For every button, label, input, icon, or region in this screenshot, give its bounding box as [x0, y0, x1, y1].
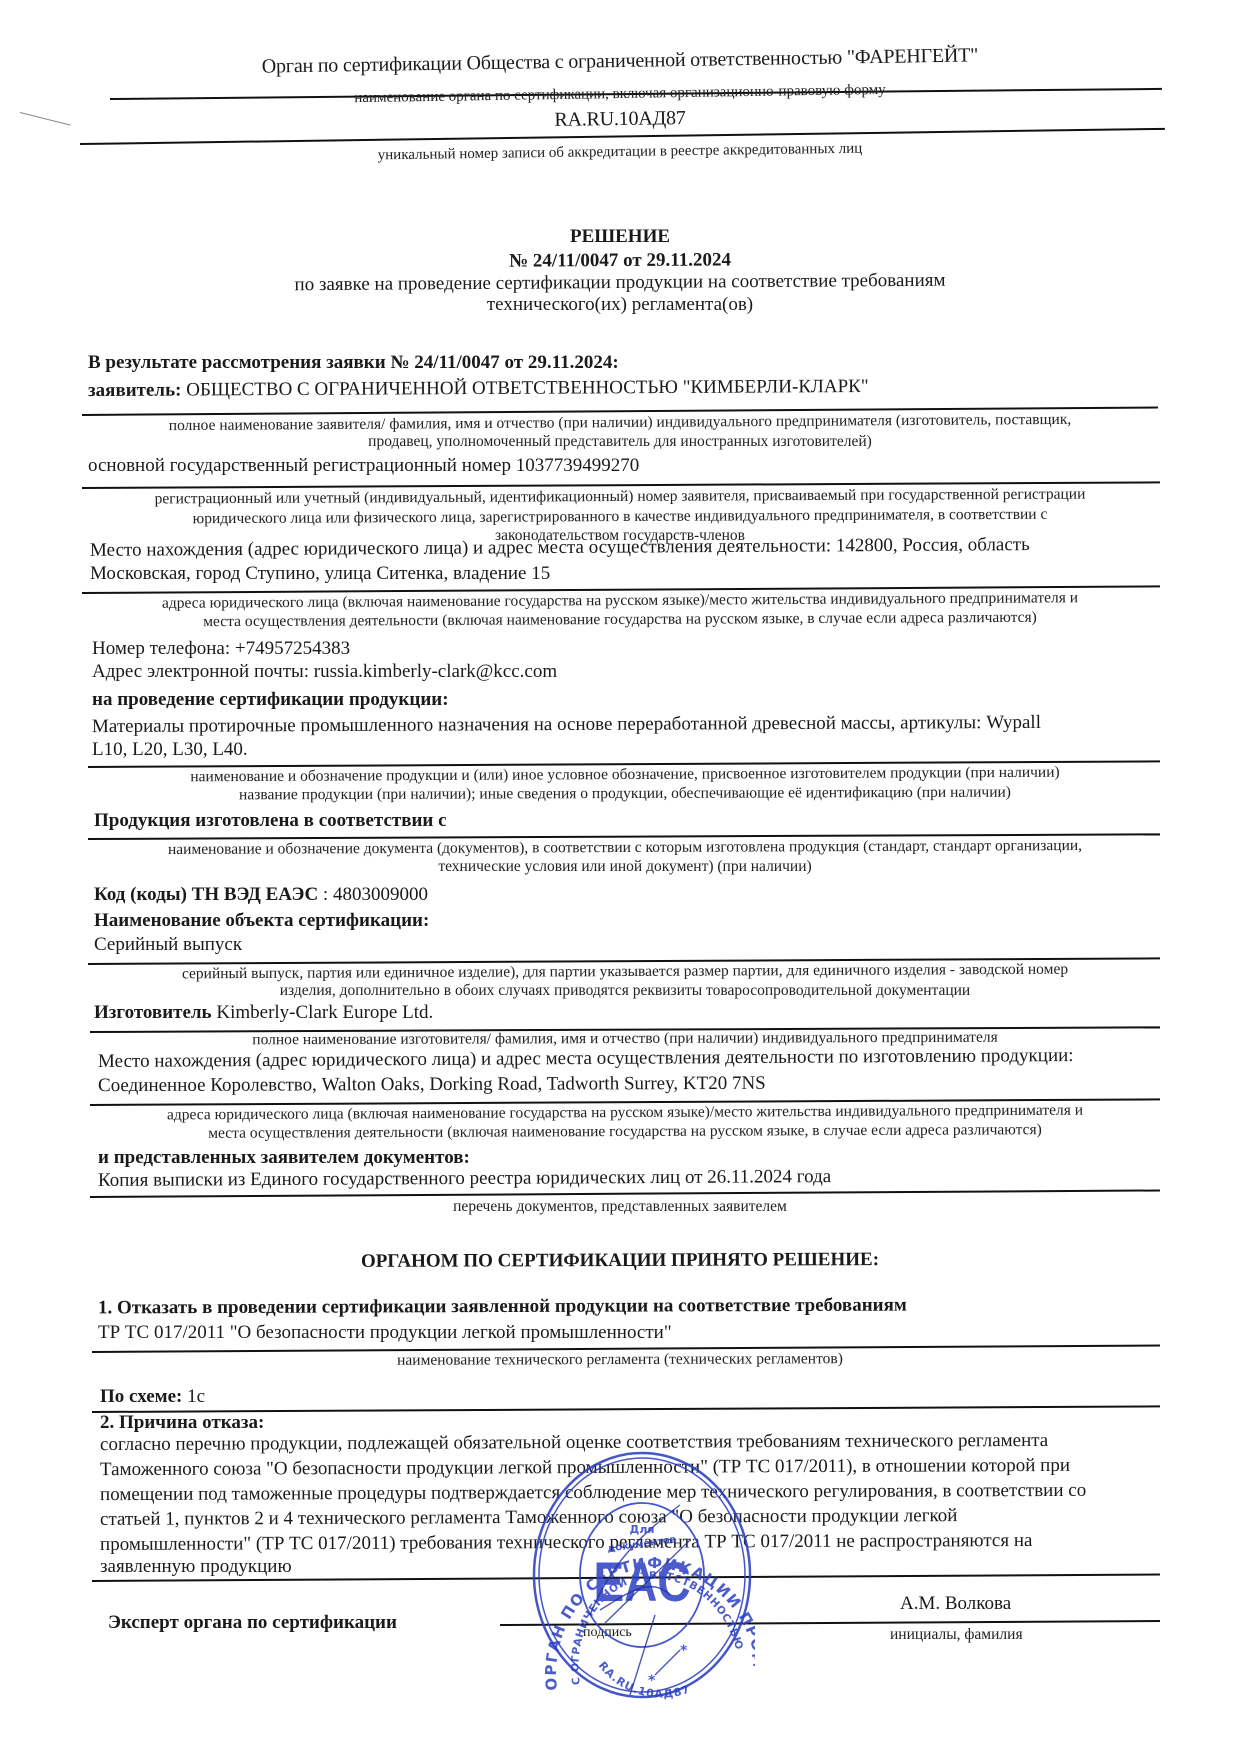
manufacturer-address-1: Место нахождения (адрес юридического лиц…: [98, 1045, 1074, 1073]
expert-name: А.М. Волкова: [900, 1593, 1011, 1615]
manufactured-according-label: Продукция изготовлена в соответствии с: [94, 810, 447, 832]
scheme-line: По схеме: 1с: [100, 1386, 205, 1408]
scan-artifact: [20, 112, 71, 126]
regulation-caption: наименование технического регламента (те…: [200, 1348, 1040, 1372]
object-label: Наименование объекта сертификации:: [94, 910, 429, 932]
regulation-value: ТР ТС 017/2011 "О безопасности продукции…: [98, 1322, 672, 1344]
applicant-phone: Номер телефона: +74957254383: [92, 638, 350, 660]
applicant-caption-2: продавец, уполномоченный представитель д…: [90, 431, 1150, 452]
refusal-reason-label: 2. Причина отказа:: [100, 1412, 264, 1434]
svg-text:*: *: [680, 1643, 688, 1659]
reason-line: статьей 1, пунктов 2 и 4 технического ре…: [100, 1505, 957, 1531]
object-value: Серийный выпуск: [94, 934, 242, 956]
resolution-heading: ОРГАНОМ ПО СЕРТИФИКАЦИИ ПРИНЯТО РЕШЕНИЕ:: [200, 1249, 1040, 1274]
decision-subtitle-2: технического(их) регламента(ов): [200, 294, 1040, 316]
applicant-address-1: Место нахождения (адрес юридического лиц…: [90, 534, 1030, 562]
object-caption-2: изделия, дополнительно в обоих случаях п…: [120, 980, 1130, 1001]
expert-name-caption: инициалы, фамилия: [890, 1624, 1023, 1645]
applicant-label: заявитель:: [88, 380, 182, 401]
applicant-email: Адрес электронной почты: russia.kimberly…: [92, 661, 557, 683]
product-line-2: L10, L20, L30, L40.: [92, 739, 248, 761]
tnved-line: Код (коды) ТН ВЭД ЕАЭС : 4803009000: [94, 884, 428, 906]
manufacturer-line: Изготовитель Kimberly-Clark Europe Ltd.: [94, 1002, 433, 1024]
applicant-line: заявитель: ОБЩЕСТВО С ОГРАНИЧЕННОЙ ОТВЕТ…: [88, 376, 869, 402]
tnved-value: : 4803009000: [323, 884, 428, 905]
ogrn-line: основной государственный регистрационный…: [88, 455, 639, 477]
documents-value: Копия выписки из Единого государственног…: [98, 1166, 831, 1192]
svg-text:*: *: [648, 1673, 656, 1689]
manufacturer-address-caption-2: места осуществления деятельности (включа…: [100, 1119, 1150, 1145]
scheme-value: 1с: [187, 1386, 205, 1407]
documents-label: и представленных заявителем документов:: [98, 1147, 470, 1169]
refusal-item-1: 1. Отказать в проведении сертификации за…: [98, 1295, 907, 1320]
manufacturer-label: Изготовитель: [94, 1002, 212, 1023]
applicant-address-caption-2: места осуществления деятельности (включа…: [90, 606, 1150, 633]
certification-stamp: ОРГАН ПО СЕРТИФИКАЦИИ ПРОДУКЦИИ С ОГРАНИ…: [530, 1445, 755, 1705]
manufacturer-address-2: Соединенное Королевство, Walton Oaks, Do…: [98, 1073, 766, 1097]
svg-text:EAC: EAC: [593, 1551, 690, 1613]
manufactured-caption-2: технические условия или иной документ) (…: [100, 856, 1150, 877]
product-line-1: Материалы протирочные промышленного назн…: [92, 712, 1041, 738]
tnved-label: Код (коды) ТН ВЭД ЕАЭС: [94, 884, 318, 905]
manufacturer-value: Kimberly-Clark Europe Ltd.: [216, 1002, 433, 1023]
applicant-address-2: Московская, город Ступино, улица Ситенка…: [90, 563, 550, 585]
scheme-label: По схеме:: [100, 1386, 182, 1407]
documents-caption: перечень документов, представленных заяв…: [200, 1196, 1040, 1217]
organ-name: Орган по сертификации Общества с огранич…: [150, 43, 1090, 81]
product-label: на проведение сертификации продукции:: [92, 689, 449, 711]
applicant-value: ОБЩЕСТВО С ОГРАНИЧЕННОЙ ОТВЕТСТВЕННОСТЬЮ…: [186, 376, 868, 401]
application-intro: В результате рассмотрения заявки № 24/11…: [88, 352, 619, 374]
decision-title: РЕШЕНИЕ: [200, 226, 1040, 248]
svg-text:RA.RU.10АД87: RA.RU.10АД87: [594, 1635, 692, 1705]
expert-role: Эксперт органа по сертификации: [108, 1612, 397, 1634]
reason-line: заявленную продукцию: [100, 1556, 292, 1578]
product-caption-2: название продукции (при наличии); иные с…: [100, 781, 1150, 806]
